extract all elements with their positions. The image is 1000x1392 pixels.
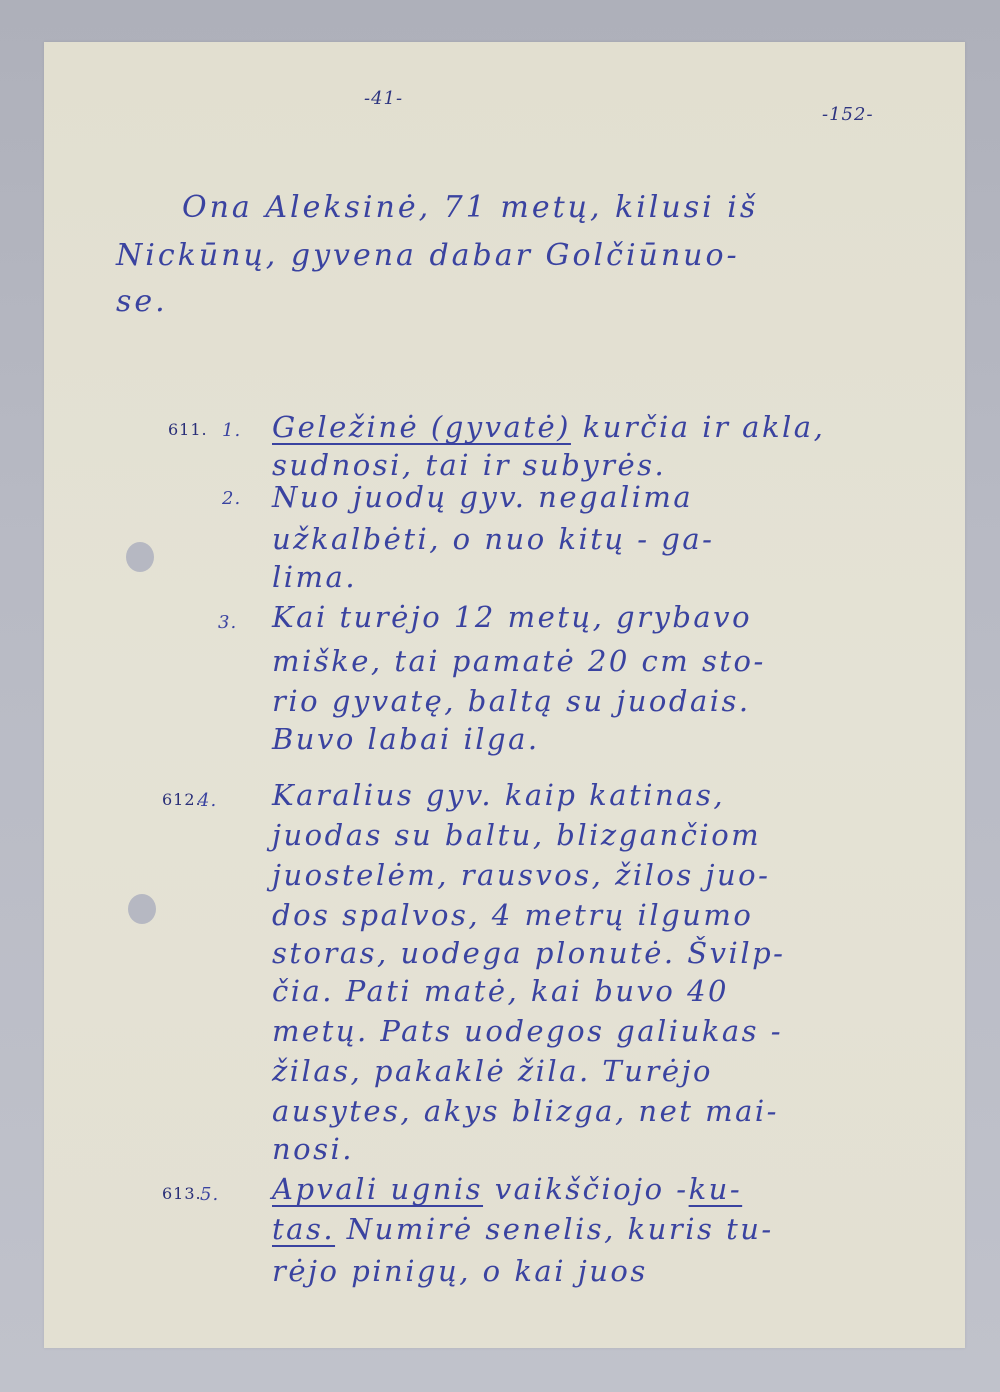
- item-number: 3.: [218, 612, 237, 633]
- item-line: miške, tai pamatė 20 cm sto-: [272, 644, 766, 678]
- item-line: metų. Pats uodegos galiukas -: [272, 1014, 783, 1048]
- item-line: lima.: [272, 560, 357, 594]
- entry-label: 611.: [168, 420, 208, 439]
- underlined-term: ku-: [689, 1172, 743, 1206]
- underlined-term: Apvali ugnis: [272, 1172, 483, 1206]
- item-line: nosi.: [272, 1132, 354, 1166]
- informant-line: se.: [116, 284, 168, 319]
- informant-line: Ona Aleksinė, 71 metų, kilusi iš: [182, 190, 758, 225]
- item-number: 2.: [222, 488, 241, 509]
- informant-line: Nickūnų, gyvena dabar Golčiūnuo-: [116, 238, 740, 273]
- item-line: tas. Numirė senelis, kuris tu-: [272, 1212, 774, 1246]
- item-line: Karalius gyv. kaip katinas,: [272, 778, 725, 812]
- underlined-term: Geležinė (gyvatė): [272, 410, 571, 444]
- item-line: rėjo pinigų, o kai juos: [272, 1254, 648, 1288]
- item-line: žilas, pakaklė žila. Turėjo: [272, 1054, 713, 1088]
- item-line: Nuo juodų gyv. negalima: [272, 480, 693, 514]
- item-line: čia. Pati matė, kai buvo 40: [272, 974, 729, 1008]
- punch-hole: [128, 894, 156, 924]
- item-number: 1.: [222, 420, 241, 441]
- page-number-center: -41-: [364, 88, 403, 109]
- page-number-right: -152-: [822, 104, 874, 125]
- item-line: Apvali ugnis vaikščiojo -ku-: [272, 1172, 742, 1206]
- item-line: rio gyvatę, baltą su juodais.: [272, 684, 751, 718]
- item-line: juodas su baltu, blizgančiom: [272, 818, 761, 852]
- item-line: užkalbėti, o nuo kitų - ga-: [272, 522, 714, 556]
- item-line: Buvo labai ilga.: [272, 722, 540, 756]
- item-number: 4.: [198, 790, 217, 811]
- item-line: juostelėm, rausvos, žilos juo-: [272, 858, 770, 892]
- item-line: storas, uodega plonutė. Švilp-: [272, 936, 785, 970]
- item-number: 5.: [200, 1184, 219, 1205]
- underlined-term: tas.: [272, 1212, 335, 1246]
- entry-label: 612.: [162, 790, 202, 809]
- item-line: Kai turėjo 12 metų, grybavo: [272, 600, 752, 634]
- item-line: dos spalvos, 4 metrų ilgumo: [272, 898, 753, 932]
- item-line: sudnosi, tai ir subyrės.: [272, 448, 666, 482]
- entry-label: 613.: [162, 1184, 202, 1203]
- item-line: ausytes, akys blizga, net mai-: [272, 1094, 779, 1128]
- punch-hole: [126, 542, 154, 572]
- item-line: Geležinė (gyvatė) kurčia ir akla,: [272, 410, 825, 444]
